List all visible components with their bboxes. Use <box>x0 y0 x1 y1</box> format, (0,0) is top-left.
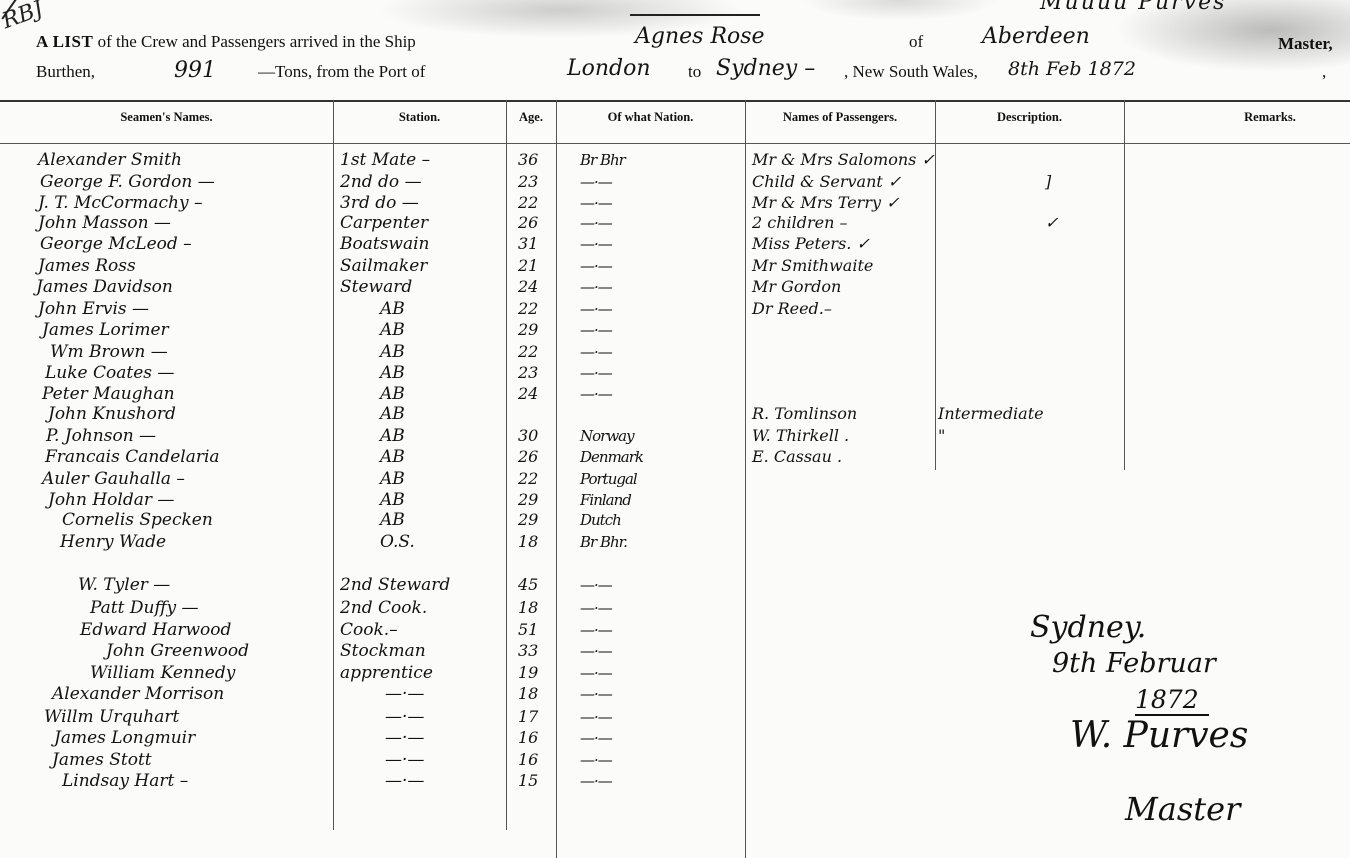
list-label: A LIST <box>36 32 93 51</box>
crew-nation: —·— <box>580 363 612 383</box>
crew-age: 24 <box>518 384 538 404</box>
crew-station: O.S. <box>380 532 415 552</box>
crew-age: 18 <box>518 684 538 704</box>
crew-age: 22 <box>518 193 538 213</box>
passenger-name: Dr Reed.– <box>752 299 832 319</box>
crew-name: James Longmuir <box>54 728 195 748</box>
crew-station: —·— <box>385 728 424 748</box>
table-top-rule <box>0 100 1350 102</box>
heading-text: of the Crew and Passengers arrived in th… <box>98 32 416 51</box>
crew-station: AB <box>380 363 405 383</box>
crew-name: George F. Gordon — <box>40 172 215 192</box>
crew-nation: —·— <box>580 256 612 276</box>
crew-name: Henry Wade <box>60 532 166 552</box>
passenger-description: " <box>938 426 945 446</box>
crew-nation: Norway <box>580 426 634 446</box>
crew-station: Boatswain <box>340 234 430 254</box>
tons-value: 991 <box>174 58 216 83</box>
col-header-passenger-names: Names of Passengers. <box>745 110 935 125</box>
crew-station: —·— <box>385 684 424 704</box>
crew-station: AB <box>380 384 405 404</box>
passenger-name: E. Cassau . <box>752 447 842 467</box>
crew-age: 26 <box>518 213 538 233</box>
crew-station: Carpenter <box>340 213 428 233</box>
crew-station: Cook.– <box>340 620 398 640</box>
crew-name: Willm Urquhart <box>44 707 179 727</box>
crew-age: 21 <box>518 256 538 276</box>
crew-nation: —·— <box>580 342 612 362</box>
from-port: London <box>567 56 651 81</box>
passenger-description: Intermediate <box>938 404 1044 424</box>
tons-label: —Tons, from the Port of <box>258 62 425 82</box>
master-label: Master, <box>1278 34 1333 54</box>
crew-nation: —·— <box>580 299 612 319</box>
crew-station: —·— <box>385 707 424 727</box>
crew-name: W. Tyler — <box>78 575 170 595</box>
crew-nation: —·— <box>580 320 612 340</box>
crew-name: J. T. McCormachy – <box>38 193 202 213</box>
crew-age: 45 <box>518 575 538 595</box>
crew-station: Sailmaker <box>340 256 427 276</box>
crew-name: James Davidson <box>36 277 173 297</box>
crew-age: 16 <box>518 728 538 748</box>
to-port: Sydney – <box>716 56 815 81</box>
crew-name: Wm Brown — <box>50 342 168 362</box>
crew-age: 33 <box>518 641 538 661</box>
crew-name: James Stott <box>52 750 152 770</box>
crew-name: Edward Harwood <box>80 620 231 640</box>
crew-nation: Dutch <box>580 510 621 530</box>
crew-name: P. Johnson — <box>46 426 156 446</box>
col-divider-nation <box>556 100 557 858</box>
crew-station: AB <box>380 510 405 530</box>
crew-age: 15 <box>518 771 538 791</box>
crew-nation: Br Bhr <box>580 150 625 170</box>
crew-age: 51 <box>518 620 538 640</box>
crew-name: Alexander Smith <box>38 150 182 170</box>
crew-nation: —·— <box>580 172 612 192</box>
crew-station: AB <box>380 447 405 467</box>
crew-age: 29 <box>518 490 538 510</box>
crew-age: 36 <box>518 150 538 170</box>
col-header-age: Age. <box>506 110 556 125</box>
crew-nation: —·— <box>580 620 612 640</box>
to-label: to <box>688 62 701 82</box>
passenger-description: ] <box>1045 172 1051 192</box>
crew-nation: Denmark <box>580 447 643 467</box>
crew-station: 2nd Steward <box>340 575 450 595</box>
crew-station: Stockman <box>340 641 426 661</box>
crew-age: 23 <box>518 172 538 192</box>
passenger-name: 2 children – <box>752 213 848 233</box>
crew-age: 22 <box>518 469 538 489</box>
burthen-label: Burthen, <box>36 62 95 82</box>
passenger-name: Mr Gordon <box>752 277 841 297</box>
crew-age: 26 <box>518 447 538 467</box>
crew-name: John Greenwood <box>106 641 249 661</box>
crew-name: Cornelis Specken <box>62 510 213 530</box>
crew-name: Luke Coates — <box>45 363 174 383</box>
crew-station: AB <box>380 469 405 489</box>
crew-station: AB <box>380 299 405 319</box>
crew-name: Francais Candelaria <box>45 447 220 467</box>
crew-nation: Br Bhr. <box>580 532 627 552</box>
master-signature: W. Purves <box>1070 715 1248 756</box>
signature-year: 1872 <box>1135 685 1209 716</box>
passenger-name: Miss Peters. ✓ <box>752 234 870 254</box>
crew-nation: —·— <box>580 663 612 683</box>
col-header-station: Station. <box>333 110 506 125</box>
crew-name: John Holdar — <box>48 490 174 510</box>
crew-name: William Kennedy <box>90 663 235 683</box>
crew-age: 18 <box>518 532 538 552</box>
crew-age: 22 <box>518 299 538 319</box>
crew-station: 2nd do — <box>340 172 422 192</box>
crew-age: 30 <box>518 426 538 446</box>
col-divider-remarks <box>1124 100 1125 470</box>
crew-nation: —·— <box>580 193 612 213</box>
crew-nation: —·— <box>580 575 612 595</box>
crew-station: apprentice <box>340 663 433 683</box>
passenger-name: W. Thirkell . <box>752 426 849 446</box>
crew-nation: —·— <box>580 213 612 233</box>
port-of-registry: Aberdeen <box>982 24 1090 49</box>
crew-age: 22 <box>518 342 538 362</box>
crew-name: John Knushord <box>48 404 176 424</box>
col-divider-station <box>333 100 334 830</box>
crew-station: Steward <box>340 277 412 297</box>
of-label: of <box>909 32 923 52</box>
crew-nation: —·— <box>580 684 612 704</box>
crew-age: 16 <box>518 750 538 770</box>
ship-name: Agnes Rose <box>635 24 765 49</box>
passenger-name: R. Tomlinson <box>752 404 857 424</box>
passenger-description: ✓ <box>1045 213 1058 233</box>
col-divider-age <box>506 100 507 830</box>
crew-station: AB <box>380 426 405 446</box>
crew-station: AB <box>380 490 405 510</box>
col-divider-passengers <box>745 100 746 858</box>
col-header-description: Description. <box>935 110 1124 125</box>
crew-age: 29 <box>518 510 538 530</box>
col-header-remarks: Remarks. <box>1190 110 1350 125</box>
crew-station: 3rd do — <box>340 193 419 213</box>
trailing-comma: , <box>1322 62 1326 82</box>
crew-nation: —·— <box>580 728 612 748</box>
crew-nation: —·— <box>580 771 612 791</box>
passenger-name: Mr Smithwaite <box>752 256 873 276</box>
crew-age: 23 <box>518 363 538 383</box>
crew-nation: Finland <box>580 490 631 510</box>
heading-line-1: A LIST of the Crew and Passengers arrive… <box>36 32 416 52</box>
crew-age: 24 <box>518 277 538 297</box>
col-divider-description <box>935 100 936 470</box>
crew-station: 2nd Cook. <box>340 598 427 618</box>
passenger-name: Mr & Mrs Salomons ✓ <box>752 150 935 170</box>
crew-name: Peter Maughan <box>42 384 175 404</box>
crew-nation: —·— <box>580 234 612 254</box>
crew-name: George McLeod – <box>40 234 192 254</box>
crew-station: 1st Mate – <box>340 150 430 170</box>
crew-station: AB <box>380 404 405 424</box>
signature-date: 9th Februar <box>1052 648 1216 679</box>
crew-age: 29 <box>518 320 538 340</box>
crew-name: John Masson — <box>38 213 171 233</box>
crew-nation: Portugal <box>580 469 637 489</box>
crew-name: Patt Duffy — <box>90 598 199 618</box>
crew-nation: —·— <box>580 707 612 727</box>
top-rule <box>630 14 760 16</box>
crew-age: 17 <box>518 707 538 727</box>
crew-name: Lindsay Hart – <box>62 771 188 791</box>
crew-station: —·— <box>385 771 424 791</box>
crew-name: John Ervis — <box>38 299 149 319</box>
crew-age: 31 <box>518 234 538 254</box>
arrival-date: 8th Feb 1872 <box>1008 58 1136 80</box>
crew-nation: —·— <box>580 641 612 661</box>
crew-nation: —·— <box>580 750 612 770</box>
table-header-rule <box>0 143 1350 144</box>
passenger-name: Child & Servant ✓ <box>752 172 901 192</box>
crew-age: 18 <box>518 598 538 618</box>
crew-nation: —·— <box>580 384 612 404</box>
state-label: , New South Wales, <box>844 62 978 82</box>
crew-name: Auler Gauhalla – <box>42 469 185 489</box>
crew-name: James Lorimer <box>42 320 169 340</box>
crew-name: James Ross <box>38 256 136 276</box>
crew-station: —·— <box>385 750 424 770</box>
signature-place: Sydney. <box>1030 610 1146 645</box>
master-title: Master <box>1125 790 1240 828</box>
col-header-seamen-names: Seamen's Names. <box>0 110 333 125</box>
crew-name: Alexander Morrison <box>52 684 224 704</box>
col-header-nation: Of what Nation. <box>556 110 745 125</box>
crew-nation: —·— <box>580 598 612 618</box>
crew-station: AB <box>380 342 405 362</box>
crew-age: 19 <box>518 663 538 683</box>
top-annotation: Muuuu Purves <box>1040 0 1226 15</box>
passenger-name: Mr & Mrs Terry ✓ <box>752 193 900 213</box>
crew-station: AB <box>380 320 405 340</box>
crew-nation: —·— <box>580 277 612 297</box>
